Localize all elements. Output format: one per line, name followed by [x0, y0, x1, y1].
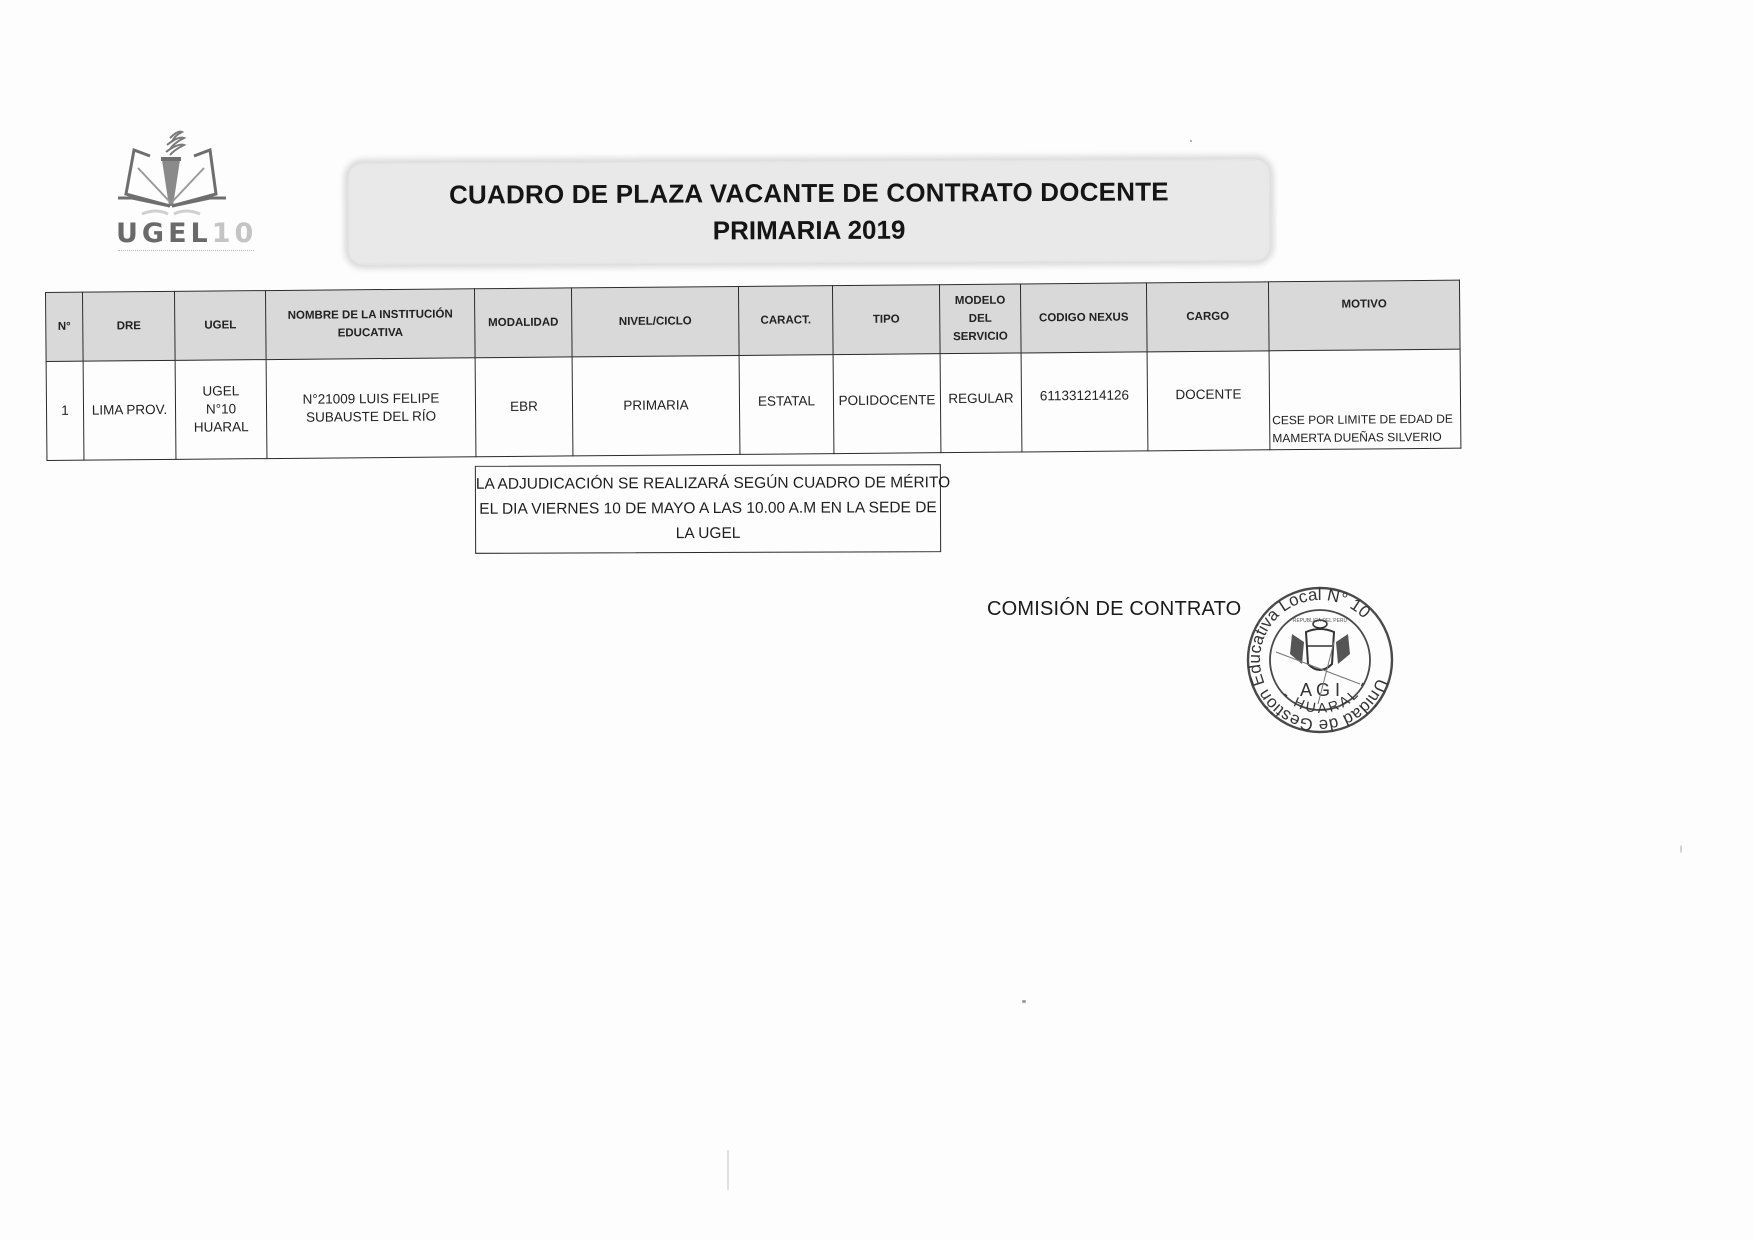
- vacancy-table: N° DRE UGEL NOMBRE DE LA INSTITUCIÓN EDU…: [45, 280, 1461, 461]
- cell-institucion: N°21009 LUIS FELIPE SUBAUSTE DEL RÍO: [266, 358, 476, 459]
- ugel-logo: UGEL10: [112, 128, 262, 258]
- header-ugel: UGEL: [174, 291, 266, 361]
- header-codigo: CODIGO NEXUS: [1020, 283, 1147, 353]
- document-page: UGEL10 CUADRO DE PLAZA VACANTE DE CONTRA…: [0, 0, 1754, 1240]
- cell-n: 1: [46, 361, 84, 460]
- cell-tipo: POLIDOCENTE: [833, 354, 941, 454]
- signature-label: COMISIÓN DE CONTRATO: [987, 598, 1241, 621]
- cell-dre: LIMA PROV.: [83, 360, 176, 460]
- cell-cargo: DOCENTE: [1147, 351, 1270, 451]
- document-subtitle: PRIMARIA 2019: [347, 213, 1271, 248]
- cell-nivel: PRIMARIA: [572, 355, 740, 455]
- table-row: 1 LIMA PROV. UGEL N°10 HUARAL N°21009 LU…: [46, 349, 1461, 460]
- header-motivo: MOTIVO: [1268, 280, 1460, 351]
- cell-motivo: CESE POR LIMITE DE EDAD DE MAMERTA DUEÑA…: [1269, 349, 1461, 450]
- header-dre: DRE: [83, 291, 176, 361]
- cell-modalidad: EBR: [475, 357, 573, 457]
- table-header-row: N° DRE UGEL NOMBRE DE LA INSTITUCIÓN EDU…: [46, 280, 1461, 361]
- notice-line-1: LA ADJUDICACIÓN SE REALIZARÁ SEGÚN CUADR…: [476, 470, 940, 497]
- header-tipo: TIPO: [832, 285, 940, 355]
- cell-codigo: 611331214126: [1021, 352, 1148, 452]
- document-title: CUADRO DE PLAZA VACANTE DE CONTRATO DOCE…: [347, 176, 1271, 211]
- header-modelo: MODELO DEL SERVICIO: [939, 284, 1021, 354]
- svg-text:REPUBLICA DEL PERU: REPUBLICA DEL PERU: [1293, 618, 1348, 624]
- header-cargo: CARGO: [1146, 282, 1269, 352]
- official-seal-icon: Unidad de Gestión Educativa Local N° 10 …: [1240, 580, 1400, 740]
- header-institucion: NOMBRE DE LA INSTITUCIÓN EDUCATIVA: [265, 289, 475, 360]
- scan-mark: [1680, 845, 1682, 853]
- header-n: N°: [46, 292, 84, 361]
- cell-caract: ESTATAL: [739, 355, 834, 455]
- scan-mark: [727, 1150, 729, 1190]
- notice-line-3: LA UGEL: [476, 520, 940, 547]
- notice-line-2: EL DIA VIERNES 10 DE MAYO A LAS 10.00 A.…: [476, 495, 940, 522]
- cell-modelo: REGULAR: [940, 353, 1022, 453]
- open-book-torch-icon: [112, 128, 262, 223]
- header-caract: CARACT.: [738, 286, 833, 356]
- svg-text:Unidad de Gestión Educativa Lo: Unidad de Gestión Educativa Local N° 10: [1240, 580, 1400, 740]
- adjudication-notice: LA ADJUDICACIÓN SE REALIZARÁ SEGÚN CUADR…: [475, 464, 941, 554]
- cell-ugel: UGEL N°10 HUARAL: [175, 360, 267, 460]
- scan-speck: [1022, 1000, 1026, 1003]
- vacancy-table-wrapper: N° DRE UGEL NOMBRE DE LA INSTITUCIÓN EDU…: [45, 280, 1461, 461]
- title-box: CUADRO DE PLAZA VACANTE DE CONTRATO DOCE…: [347, 158, 1271, 266]
- logo-subtitle: [118, 250, 254, 254]
- header-nivel: NIVEL/CICLO: [571, 286, 739, 356]
- scan-speck: [1190, 140, 1192, 142]
- header-modalidad: MODALIDAD: [474, 288, 572, 358]
- logo-wordmark: UGEL10: [116, 220, 266, 248]
